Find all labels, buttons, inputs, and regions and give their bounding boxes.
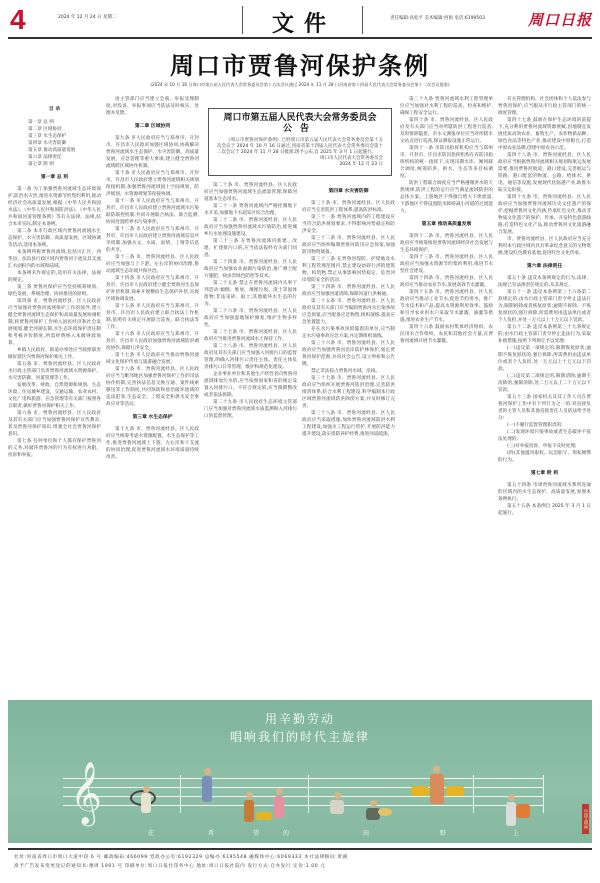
farmer-figure xyxy=(506,802,516,826)
farmer-figure xyxy=(244,800,254,822)
article-paragraph: 第四十八条 市、贾鲁河流经县、区人民政府应当根据贾鲁河流域相关规划和航运发展需要… xyxy=(498,152,591,194)
chapter-heading: 第二章 区域协同 xyxy=(106,123,199,130)
article-paragraph: 第五十条 违反本条例规定的行为,法律、法规已有法律责任规定的,从其规定。 xyxy=(498,275,591,289)
civilization-seal: 中国文明网 xyxy=(582,804,589,834)
article-paragraph: 第三十一条 贾鲁河流域内的工程建设应当符合防洪规划要求,不得影响河势稳定和防洪安… xyxy=(302,214,395,235)
article-paragraph: 第一条 为了加强贾鲁河流域生态环境保护,防治水灾害,推进水资源节约集约利用,推动… xyxy=(8,186,101,228)
footer-rule xyxy=(8,848,592,850)
toc-title: 目 录 xyxy=(8,106,101,113)
article-paragraph: 第五十四条 市周贾鲁河流域水系所连通的区域内的水生态保护、高质量发展,参照本条例… xyxy=(498,482,591,503)
announcement-subtitle: 公告 xyxy=(217,124,383,135)
article-paragraph: 第十八条 市、贾鲁河流经县、区人民政府应当与毗邻地区加强贾鲁河保护工作的司法协作… xyxy=(106,366,199,408)
article-paragraph: 第三十四条 市、贾鲁河流经县、区人民政府应当加强河道清障,保障河道行洪畅通。 xyxy=(302,284,395,298)
farmer-figure xyxy=(141,793,151,813)
article-paragraph: 本条例所称贾鲁河流域,包括川汇区、西华县、扶沟县行政区域内贾鲁河干流及其支流汇水… xyxy=(8,249,101,270)
column-3: 第二十条 市、贾鲁河流经县、区人民政府应当加强贾鲁河流域生态流量管理,保障河道基… xyxy=(204,182,297,696)
straw-hat xyxy=(378,808,392,816)
box-illustration xyxy=(516,804,530,818)
masthead: 4 2024 年 12 月 24 日 星期二 文件 责任编辑:高松平 美术编辑:… xyxy=(0,0,600,40)
article-paragraph: 第四条 市、贾鲁河流经县、区人民政府应当加强对贾鲁河流域保护工作的领导,建立健全… xyxy=(8,298,101,347)
article-paragraph: 第四十三条 市、贾鲁河流经县、区人民政府应当加强水资源节约集约利用,推进节水型社… xyxy=(400,254,493,275)
article-paragraph: 第十一条 市人民政府应当与郑州市、开封市、许昌市人民政府建立贾鲁河流域水污染联防… xyxy=(106,198,199,226)
bar-line xyxy=(308,775,309,813)
article-paragraph: 第十条 市人民政府应当与郑州市、开封市、许昌市人民政府建立贾鲁河流域相关规划衔接… xyxy=(106,170,199,198)
toc-item: 第三章 水生态保护 xyxy=(8,133,101,140)
article-paragraph: 第二条 本市行政区域内贾鲁河流域水生态保护、水灾害防御、高质量发展、区域协调等活… xyxy=(8,228,101,249)
lyric-char: 野 xyxy=(440,828,446,837)
column-6: 有关管理机构、社会团体和个人依法参与贾鲁河保护,应当服从市行政主管部门的统一调度… xyxy=(498,96,591,696)
chapter-heading: 第一章 总 则 xyxy=(8,174,101,181)
toc-item: 第四章 水灾害防御 xyxy=(8,140,101,147)
column-4: 第四章 水灾害防御第三十条 市、贾鲁河流经县、区人民政府应当完善防洪工程体系,提… xyxy=(302,182,395,696)
farmer-figure xyxy=(330,800,344,814)
divider xyxy=(362,6,363,34)
article-paragraph: 企业事业单位和其他生产经营者向贾鲁河流域排放污水的,应当按照国家和省的规定设置入… xyxy=(204,371,297,399)
article-paragraph: 第十七条 市人民政府应当推动贾鲁河流域文化保护传承与旅游融合发展。 xyxy=(106,352,199,366)
treble-clef-icon: 𝄞 xyxy=(70,766,102,820)
article-paragraph: 第三条 贾鲁河保护应当坚持统筹规划、绿色发展、系统治理、协同推进的原则。 xyxy=(8,284,101,298)
article-paragraph: 第三十条 市、贾鲁河流经县、区人民政府应当完善防洪工程体系,提高防洪标准。 xyxy=(302,200,395,214)
chapter-heading: 第七章 附 则 xyxy=(498,470,591,477)
article-paragraph: 第三十六条 市、贾鲁河流经县、区人民政府应当加强贾鲁河沿岸防护林保护,划定贾鲁河… xyxy=(302,340,395,368)
fruit-basket xyxy=(411,786,429,796)
farmer-figure xyxy=(430,774,444,804)
article-paragraph: 第四十五条 市、贾鲁河流经县、区人民政府应当推动工业节水,促进节约用水、推广节水… xyxy=(400,289,493,324)
lyric-char: 在 xyxy=(148,828,154,837)
column-5: 第三十九条 贾鲁河流域水利工程管理单位应当加强对水利工程的巡查、检查和维护,确保… xyxy=(400,96,493,696)
article-paragraph: 本条例未作规定的,适用有关法律、法规的规定。 xyxy=(8,270,101,284)
article-paragraph: 第二十三条 在贾鲁河流域内新建、改建、扩建排污口的,应当依法报经有关部门同意。 xyxy=(204,238,297,259)
article-paragraph: 发展改革、财政、自然资源和规划、生态环境、住房城乡建设、交通运输、农业农村、文化… xyxy=(8,382,101,410)
farmer-figure xyxy=(370,800,377,807)
farmer-figure xyxy=(202,776,212,802)
article-paragraph: 第三十九条 贾鲁河流域水利工程管理单位应当加强对水利工程的巡查、检查和维护,确保… xyxy=(400,96,493,117)
article-paragraph: 第六条 市、贾鲁河流经县、区人民政府及其有关部门应当加强贾鲁河保护宣传教育,普及… xyxy=(8,410,101,438)
article-paragraph: 市、贾鲁河流经县、区人民政府应当充分利用本行政区域内具有革命纪念意义的文物资源,… xyxy=(498,236,591,257)
lyric-char: 希 xyxy=(208,828,214,837)
article-paragraph: 第四十六条 鼓励农村集体经济组织、农民用水合作组织、农民和其他社会力量,在贾鲁河… xyxy=(400,324,493,345)
article-paragraph: 第五十三条 国家机关及其工作人员在贾鲁河保护工作中有下列行为之一的,对直接负责的… xyxy=(498,394,591,422)
section-title: 文件 xyxy=(272,7,336,38)
banner-slogan-2: 唱响我们的时代主旋律 xyxy=(8,728,592,745)
article-paragraph: (三)对举报投诉、申报不及时处理; xyxy=(498,443,591,450)
masthead-rule xyxy=(8,37,592,39)
divider xyxy=(242,6,243,34)
article-headline: 周口市贾鲁河保护条例 xyxy=(0,46,600,81)
article-paragraph: 第三十七条 市、贾鲁河流经县、区人民政府应当组织开展贾鲁河防洪治理,完善防洪排涝… xyxy=(302,375,395,410)
chapter-heading: 第三章 水生态保护 xyxy=(106,414,199,421)
article-paragraph: 第三十八条 市、贾鲁河流经县、区人民政府应当采取措施,加快贾鲁河流域防洪水利工程… xyxy=(302,410,395,438)
article-paragraph: 第二十四条 市、贾鲁河流经县、区人民政府应当加强农业面源污染防治,推广测土配方施… xyxy=(204,259,297,280)
article-paragraph: (一)不履行监督管理职责的; xyxy=(498,422,591,429)
article-paragraph: 第十六条 市人民政府应当与郑州市、开封市、许昌市人民政府加强贾鲁河流域防洪调度协… xyxy=(106,331,199,352)
chapter-heading: 第四章 水灾害防御 xyxy=(302,188,395,195)
farmer-figure xyxy=(508,794,515,801)
article-paragraph: 第二十八条 市、贾鲁河流经县、区人民政府及其有关部门应当加强入河排污口的监督管理… xyxy=(204,343,297,371)
article-paragraph: 第二十九条 市人民政府生态环境主管部门应当加强对贾鲁河流域水质监测和入河排污口的… xyxy=(204,399,297,420)
article-paragraph: 第五十一条 违反本条例第三十六条第二款规定的,由水行政主管部门责令停止违法行为,… xyxy=(498,289,591,324)
article-paragraph: 第十二条 市人民政府应当与郑州市、开封市、许昌市人民政府建立贾鲁河流域信息共享机… xyxy=(106,226,199,254)
article-paragraph: (四)其他滥用职权、玩忽职守、徇私舞弊的行为。 xyxy=(498,450,591,464)
article-paragraph: 再主管部门应当建立会商、举报受理制度,对投诉、举报事项应当依法及时核实、处理并反… xyxy=(106,96,199,117)
article-paragraph: 第五条 市、贾鲁河流经县、区人民政府水行政主管部门负责贾鲁河流域水资源保护、水灾… xyxy=(8,361,101,382)
article-body: 目 录 第一章 总 则第二章 区域协同第三章 水生态保护第四章 水灾害防御第五章… xyxy=(8,96,592,696)
article-paragraph: 第二十五条 禁止在贾鲁河流域内从事下列活动:倾倒、堆放、填埋垃圾、渣土等固体废物… xyxy=(204,280,297,308)
article-paragraph: 第四十九条 市、贾鲁河流经县、区人民政府应当加强贾鲁河流域历史文化遗产的保护,挖… xyxy=(498,194,591,236)
announcement-title: 周口市第五届人民代表大会常务委员会 xyxy=(217,113,383,124)
article-paragraph: 第五十二条 违反本条例第三十九条规定的,由水行政主管部门责令停止违法行为,采取补… xyxy=(498,324,591,345)
fruit-basket xyxy=(446,786,464,796)
lyric-char: 的 xyxy=(283,828,289,837)
banner-slogan-1: 用辛勤劳动 xyxy=(8,710,592,727)
article-paragraph: 第三十五条 市、贾鲁河流经县、区人民政府及其有关部门应当编制贾鲁河水污染事故应急… xyxy=(302,298,395,326)
lyric-char: 田 xyxy=(363,828,369,837)
music-staff-line xyxy=(63,778,543,779)
article-paragraph: 第十四条 市人民政府应当与郑州市、开封市、许昌市人民政府建立健全贾鲁河生态保护补… xyxy=(106,275,199,303)
column-1: 目 录 第一章 总 则第二章 区域协同第三章 水生态保护第四章 水灾害防御第五章… xyxy=(8,96,101,696)
article-paragraph: 第四十二条 市、贾鲁河流经县、区人民政府应当统筹推进贾鲁河流域经济社会发展与生态… xyxy=(400,233,493,254)
farmer-figure xyxy=(274,796,284,818)
bar-line xyxy=(180,775,181,813)
article-paragraph: (二)发现环境污染事故或者生态破坏不依法处理的; xyxy=(498,429,591,443)
article-paragraph: 有关管理机构、社会团体和个人依法参与贾鲁河保护,应当服从市行政主管部门的统一调度… xyxy=(498,96,591,117)
toc-item: 第七章 附 则 xyxy=(8,161,101,168)
toc-item: 第五章 推动高质量发展 xyxy=(8,147,101,154)
column-2: 再主管部门应当建立会商、举报受理制度,对投诉、举报事项应当依法及时核实、处理并反… xyxy=(106,96,199,696)
public-service-banner: 用辛勤劳动 唱响我们的时代主旋律 𝄞 在 希 望 的 田 野 上 中国文明网 xyxy=(8,700,592,843)
footer-line-2: 准予广告发布变更登记的通知书:豫周 1901 号 印刷单位:周口日报社印务中心 … xyxy=(14,862,586,871)
article-paragraph: 第九条 市人民政府应当与郑州市、开封市、许昌市人民政府加强区域协同,协商解决贾鲁… xyxy=(106,135,199,170)
page-number: 4 xyxy=(10,6,26,34)
article-paragraph: (一)违反第一项规定的,限期恢复原状;逾期不恢复原状的,强行拆除,所需费用由违法… xyxy=(498,345,591,373)
table-of-contents: 第一章 总 则第二章 区域协同第三章 水生态保护第四章 水灾害防御第五章 推动高… xyxy=(8,119,101,168)
toc-item: 第六章 法律责任 xyxy=(8,154,101,161)
article-paragraph: 第四十四条 市、贾鲁河流经县、区人民政府应当推动农业节水,发展高效节水灌溉。 xyxy=(400,275,493,289)
article-paragraph: 乡镇人民政府、街道办事处应当按照职责做好辖区内贾鲁河保护相关工作。 xyxy=(8,347,101,361)
article-paragraph: 存在水污染事故风险隐患的单位,应当制定水污染事故应急方案,并定期组织演练。 xyxy=(302,326,395,340)
announcement-date: 2024 年 12 月 23 日 xyxy=(217,162,383,168)
music-staff-line xyxy=(63,805,543,806)
toc-item: 第一章 总 则 xyxy=(8,119,101,126)
article-paragraph: 第二十七条 市、贾鲁河流经县、区人民政府应当推进贾鲁河流域水土保持工作。 xyxy=(204,329,297,343)
farmer-figure xyxy=(204,768,211,775)
article-paragraph: 防洪工程联合调度应当严格遵循洪水的天然规律,防洪工程的运行应当满足流域防洪的总体… xyxy=(400,180,493,215)
announcement-body: 《周口市贾鲁河保护条例》已经周口市第五届人民代表大会常务委员会第十五次会议于 2… xyxy=(217,138,383,156)
farmer-figure xyxy=(334,792,341,799)
farmer-figure xyxy=(246,792,253,799)
bar-line xyxy=(543,775,544,813)
article-paragraph: 第二十二条 市、贾鲁河流经县、区人民政府应当加强贾鲁河流域水污染防治,推进城乡污… xyxy=(204,217,297,238)
article-paragraph: 第二十一条 贾鲁河流域内严格控制地下水开采,加强地下水超采区综合治理。 xyxy=(204,203,297,217)
article-paragraph: 第二十六条 市、贾鲁河流经县、区人民政府应当加强湿地保护修复,维护生物多样性。 xyxy=(204,308,297,329)
article-paragraph: 第十三条 市、贾鲁河流经县、区人民政府应当加强与上下游、左右岸的协同治理,推动流… xyxy=(106,254,199,275)
article-paragraph: 第三十三条 在贾鲁河堤防、护堤地及水利工程管理范围内,禁止建设妨碍行洪的建筑物、… xyxy=(302,256,395,284)
chapter-heading: 第六章 法律责任 xyxy=(498,263,591,270)
article-paragraph: 第十九条 市、贾鲁河流经县、区人民政府应当统筹考虑水资源配置、水生态保护等工作,… xyxy=(106,426,199,461)
announcement-box: 周口市第五届人民代表大会常务委员会 公告 《周口市贾鲁河保护条例》已经周口市第五… xyxy=(208,108,392,176)
article-paragraph: 第七条 任何单位和个人都有保护贾鲁河的义务,对破坏贾鲁河的行为有权进行劝阻、投诉… xyxy=(8,438,101,459)
footer-info: 社址:河南省周口市周口大道中段 6 号 邮政编码:466099 党政办公室:61… xyxy=(14,853,586,871)
article-paragraph: 第二十条 市、贾鲁河流经县、区人民政府应当加强贾鲁河流域生态流量管理,保障河道基… xyxy=(204,182,297,203)
article-subhead: (2024 年 10 月 16 日周口市第五届人民代表大会常务委员会第十五次会议… xyxy=(0,82,600,88)
farmer-figure xyxy=(433,766,440,773)
chapter-heading: 第五章 推动高质量发展 xyxy=(400,221,493,228)
issue-date: 2024 年 12 月 24 日 星期二 xyxy=(58,14,117,20)
lyric-char: 望 xyxy=(253,828,259,837)
article-paragraph: 第十五条 市人民政府应当与郑州市、开封市、许昌市人民政府建立联合执法工作机制,依… xyxy=(106,303,199,331)
article-paragraph: 第五十五条 本条例自 2025 年 3 月 1 日起施行。 xyxy=(498,503,591,517)
article-paragraph: 第四十七条 鼓励在保护生态环境的前提下,充分利用贾鲁河流域资源禀赋,因地制宜发展… xyxy=(498,117,591,152)
toc-item: 第二章 区域协同 xyxy=(8,126,101,133)
lyric-char: 上 xyxy=(513,828,519,837)
article-paragraph: 第三十二条 市、贾鲁河流经县、区人民政府应当组织编制贾鲁河防汛应急预案,加强防汛… xyxy=(302,235,395,256)
editor-credits: 责任编辑:高松平 美术编辑:西娟 电话:6199503 xyxy=(390,15,485,21)
farmer-figure xyxy=(143,786,150,793)
article-paragraph: (二)违反第二项规定的,限期清除;逾期不清除的,强制清除,处二万元以上二十万元以… xyxy=(498,373,591,394)
article-paragraph: 第四十条 市、贾鲁河流经县、区人民政府及有关部门应当对所辖防洪工程进行巡查,及时… xyxy=(400,117,493,145)
music-staff-line xyxy=(63,787,543,788)
farmer-figure xyxy=(276,788,283,795)
article-paragraph: 禁止非法侵占贾鲁河水域、岸线。 xyxy=(302,368,395,375)
bar-line xyxy=(473,775,474,813)
article-paragraph: 第四十一条 市防汛指挥机构应当与郑州市、开封市、许昌市防汛指挥机构在省防汛指挥机… xyxy=(400,145,493,180)
footer-line-1: 社址:河南省周口市周口大道中段 6 号 邮政编码:466099 党政办公室:61… xyxy=(14,853,586,862)
newspaper-logo: 周口日报 xyxy=(528,9,592,30)
fruit-basket xyxy=(256,812,272,820)
